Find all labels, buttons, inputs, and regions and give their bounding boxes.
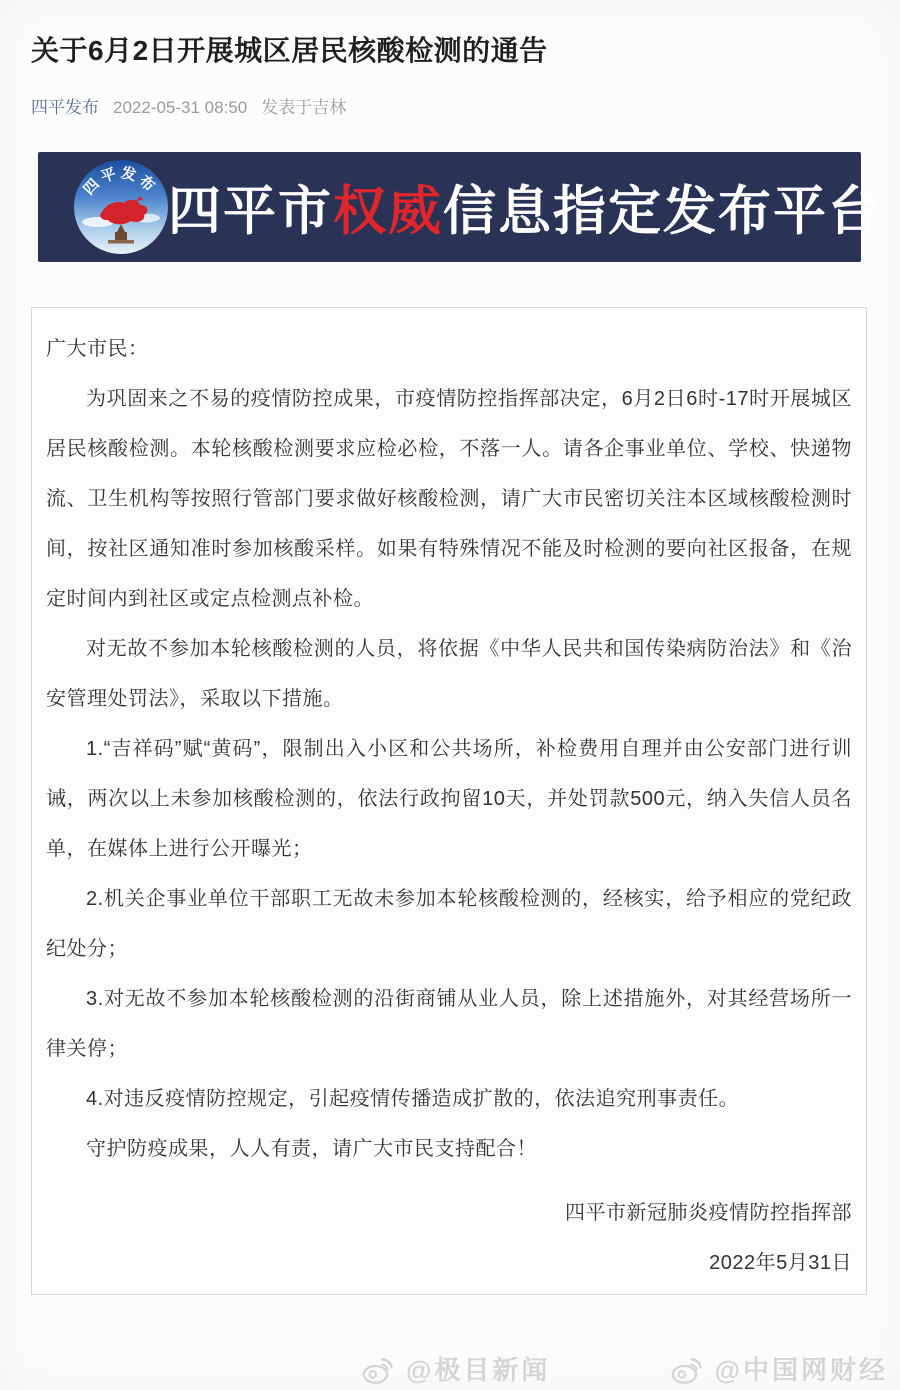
notice-paragraph: 3.对无故不参加本轮核酸检测的沿街商铺从业人员，除上述措施外，对其经营场所一律关…: [46, 974, 852, 1074]
notice-document: 广大市民： 为巩固来之不易的疫情防控成果，市疫情防控指挥部决定，6月2日6时-1…: [31, 307, 867, 1295]
notice-paragraph: 守护防疫成果，人人有责，请广大市民支持配合！: [46, 1124, 852, 1174]
banner-text-white-1: 四平市: [168, 183, 333, 241]
byline: 四平发布 2022-05-31 08:50 发表于吉林: [31, 93, 900, 118]
account-link[interactable]: 四平发布: [31, 93, 99, 118]
logo-arc-text: 四平发布: [80, 164, 161, 199]
weibo-icon: [669, 1352, 707, 1386]
notice-paragraph: 为巩固来之不易的疫情防控成果，市疫情防控指挥部决定，6月2日6时-17时开展城区…: [46, 374, 852, 624]
signature-date: 2022年5月31日: [46, 1238, 852, 1288]
siping-fabu-logo: 四平发布: [74, 160, 168, 254]
banner-text-red: 权威: [333, 183, 443, 241]
publish-location: 发表于吉林: [261, 93, 346, 118]
authority-banner: 四平发布 四平市权威信息指定发布平台: [38, 152, 861, 262]
banner-slogan: 四平市权威信息指定发布平台: [168, 169, 900, 245]
signature-issuer: 四平市新冠肺炎疫情防控指挥部: [46, 1188, 852, 1238]
article-page: 关于6月2日开展城区居民核酸检测的通告 四平发布 2022-05-31 08:5…: [0, 0, 900, 1390]
watermark-right: @中国网财经: [669, 1350, 888, 1387]
notice-paragraph: 1.“吉祥码”赋“黄码”，限制出入小区和公共场所，补检费用自理并由公安部门进行训…: [46, 724, 852, 874]
weibo-icon: [360, 1352, 398, 1386]
banner-text-white-2: 信息指定发布平台: [443, 183, 883, 241]
notice-paragraph: 4.对违反疫情防控规定，引起疫情传播造成扩散的，依法追究刑事责任。: [46, 1074, 852, 1124]
page-title: 关于6月2日开展城区居民核酸检测的通告: [31, 33, 870, 69]
svg-text:四平发布: 四平发布: [80, 164, 161, 199]
siping-fabu-logo-art: 四平发布: [74, 160, 168, 254]
notice-paragraph: 2.机关企事业单位干部职工无故未参加本轮核酸检测的，经核实，给予相应的党纪政纪处…: [46, 874, 852, 974]
publish-timestamp: 2022-05-31 08:50: [113, 98, 247, 118]
signature-block: 四平市新冠肺炎疫情防控指挥部 2022年5月31日: [46, 1188, 852, 1288]
notice-paragraph: 对无故不参加本轮核酸检测的人员，将依据《中华人民共和国传染病防治法》和《治安管理…: [46, 624, 852, 724]
watermark-handle: @中国网财经: [715, 1350, 888, 1387]
watermark-handle: @极目新闻: [406, 1350, 550, 1387]
watermark-left: @极目新闻: [360, 1350, 550, 1387]
salutation: 广大市民：: [46, 324, 852, 374]
